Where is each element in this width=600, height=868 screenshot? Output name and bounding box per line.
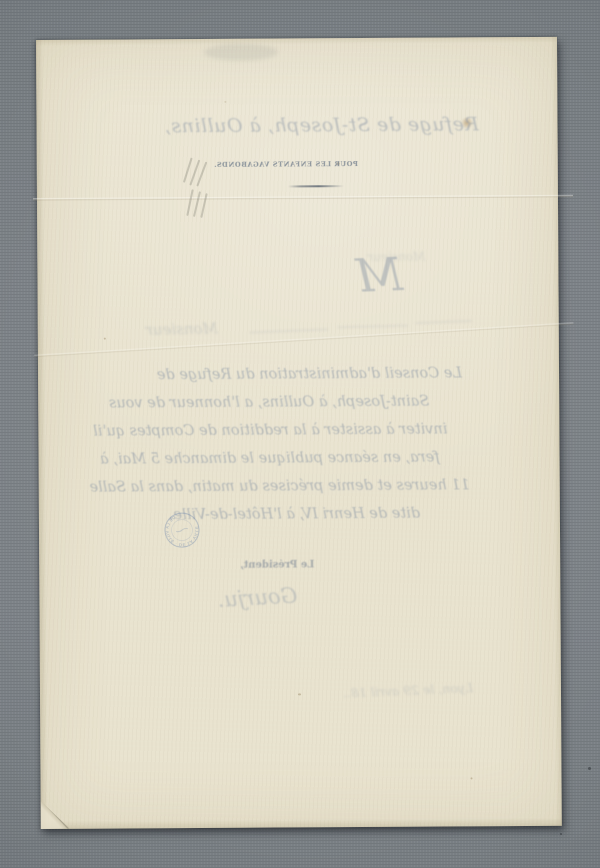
fold-crease-top (33, 195, 573, 201)
tally-stroke (186, 189, 193, 216)
tally-stroke (200, 193, 207, 218)
body-showthrough-line: 11 heures et demie précises du matin, da… (103, 477, 470, 495)
body-showthrough-line: Le Conseil d'administration du Refuge de (179, 365, 462, 383)
body-showthrough-line: Saint-Joseph, à Oullins, a l'honneur de … (114, 394, 429, 412)
handwriting-stroke (416, 320, 472, 323)
handwriting-stroke (250, 329, 328, 333)
document-paper-verso: Refuge de St-Joseph, à Oullins, POUR LES… (36, 37, 562, 829)
paper-speck (298, 693, 301, 695)
signature-showthrough: Gourju. (207, 583, 308, 613)
tally-stroke (193, 191, 201, 217)
pencil-tally-marks (36, 37, 557, 40)
letterhead-subtitle-showthrough: POUR LES ENFANTS VAGABONDS. (201, 160, 371, 169)
address-ghost-strokes (36, 37, 557, 40)
body-showthrough-line: fera, en séance publique le dimanche 5 M… (115, 450, 440, 468)
paper-speck (471, 777, 473, 779)
background-speck (588, 767, 591, 770)
background-speck (560, 833, 562, 835)
paper-speck (224, 101, 226, 103)
dateline-showthrough: Lyon, le 29 avril 18.. (324, 679, 493, 701)
body-showthrough-line: inviter à assister à la reddition de Com… (100, 421, 447, 439)
closing-role-showthrough: Le Président, (236, 559, 318, 571)
monogram-m-showthrough: M (339, 246, 419, 303)
fold-crease-middle (34, 322, 573, 357)
handwriting-stroke (338, 325, 408, 328)
dogear-fold (41, 801, 70, 829)
stamp-center-mark (176, 528, 188, 532)
letterhead-title-showthrough: Refuge de St-Joseph, à Oullins, (156, 113, 486, 137)
letterhead-divider-rule (288, 185, 344, 187)
address-ghost-line: Monsieur (122, 319, 242, 340)
smudge (204, 44, 278, 61)
paper-speck (104, 338, 106, 340)
